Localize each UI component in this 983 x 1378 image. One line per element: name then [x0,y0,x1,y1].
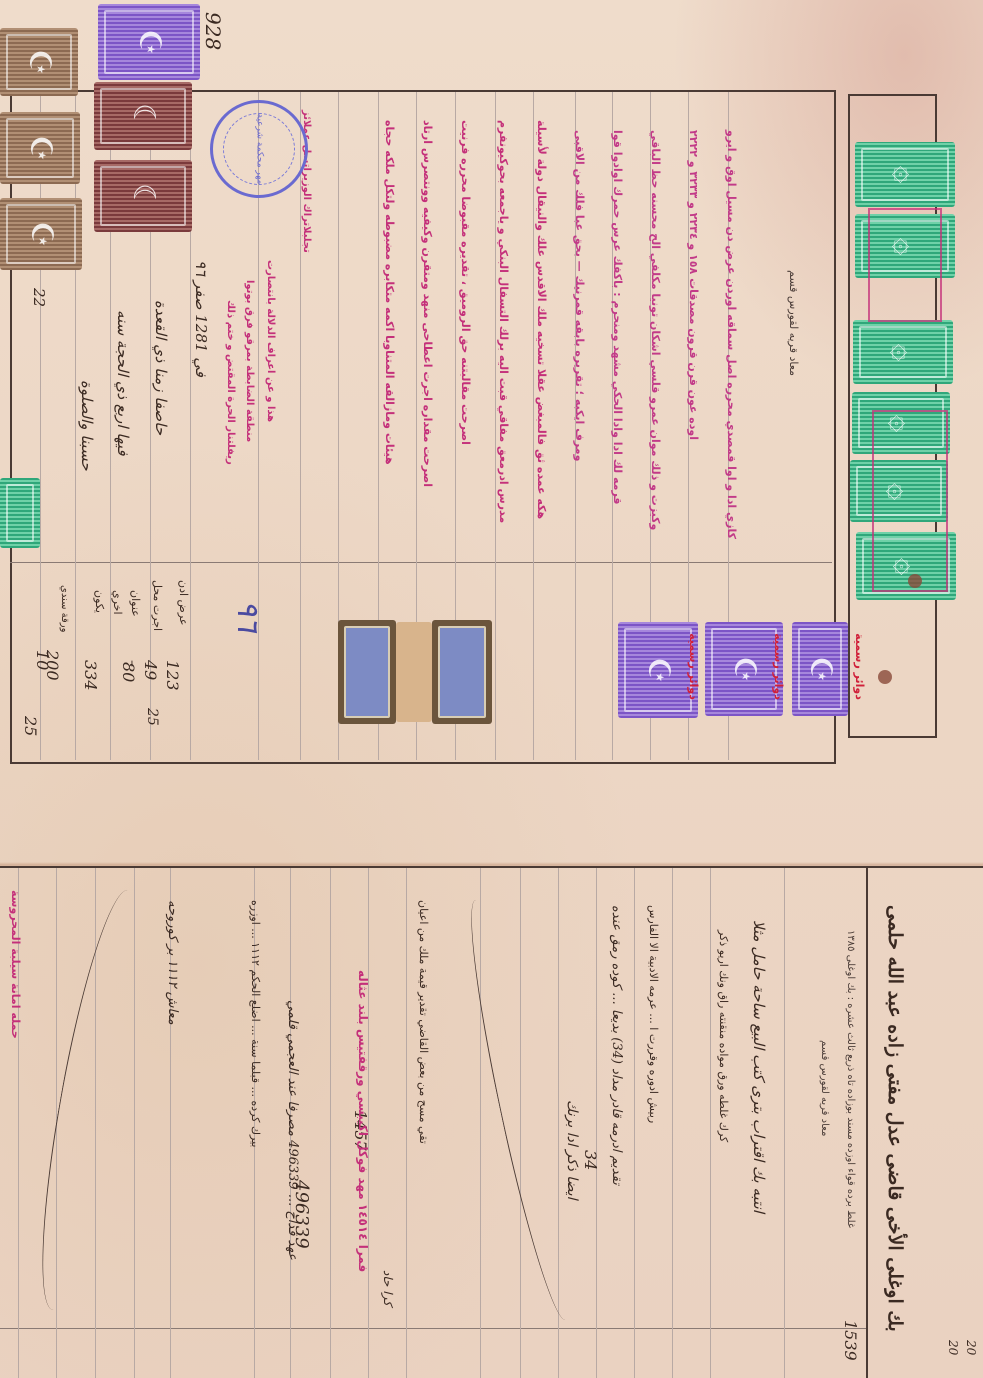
crescent-star-icon: ☪ [23,135,58,162]
rule [495,92,496,760]
magenta-note: فمرا ١٤٥١٤ مهد فوكل اكيبسي ورقفتيس بلند … [356,970,370,1272]
tughra-icon: ۞ [887,166,922,184]
crescent-star-icon: ☪ [132,29,167,56]
lower-line-2: هذا و عن اعراف الدلالة بانتصارت [265,260,276,422]
crescent-icon: ☾ [126,103,161,130]
ink-spot [878,670,892,684]
stamp-gutter [396,622,432,722]
fee-row-label: عرض ادن [177,580,190,625]
upper-inner-divider [10,562,832,563]
middle-line-4: بيرك كرده ... قبلما سنة ... اضلع الحكم ١… [249,900,262,1148]
revenue-stamp-green: ۞ [853,320,953,384]
revenue-stamp-green-partial [0,478,40,548]
handwritten-line-4: حسبنا والصلوة [78,380,96,471]
fee-row-label: يكون [93,590,106,613]
rule [330,868,331,1378]
revenue-stamp-maroon: ☾ [94,160,192,232]
amount-small: 34 [581,1150,600,1170]
printed-line-4: قرمه لك ادا وادا الحكي مشهد ومنحرم : باك… [611,130,624,505]
revenue-stamp-violet-overprint: ☪ [792,622,848,716]
pictorial-stamp [432,620,492,724]
folio-number: 928 [201,12,225,50]
printed-line-2: اوده عون قرن قرون مصدقات ١٥٨ و ٢٢٣٤ و ٣٢… [687,130,700,440]
margin-number: 20 [964,1340,978,1355]
revenue-stamp-brown: ☪ [0,112,80,184]
magenta-line-1: هكه عمده ثق فالمبغض عقلا تسخيه ملك الاقد… [535,120,548,519]
margin-number: 1539 [841,1320,860,1361]
date-line: غلط برده قواء اوزده مسند بوزاده تاه ذريع… [845,930,856,1228]
printed-line-5: ومرف ايكبه ؛ تقريره بابقه قمرنيك — بحق ع… [573,130,586,461]
printed-line-3: وكيزت و ذلك موان عمرو قلسي اشكان تونيا م… [649,130,662,530]
magenta-line-3: اصرحت مقالبتنه حق الروميق ، تقديره مقبوض… [459,120,472,445]
fee-total: 25 [21,716,40,736]
body-line-5: ايضا ذكر ادا برنك [564,1100,580,1200]
crescent-star-icon: ☪ [22,49,57,76]
magenta-line-5: هيئات ومازالقه المتناوبا اكمه متكابره مض… [383,120,396,465]
body-line-4: تقديم ادرمه قادر مداد (34) بديعا ... كود… [609,905,624,1185]
fee-row-value: 334 [81,660,100,691]
pictorial-stamp [338,620,396,724]
lower-bottom-rule [0,1328,866,1329]
fee-row-value: 10 [33,650,52,670]
fee-row-value: 80 [119,662,138,682]
rule [710,868,711,1378]
fee-signature-mark: ٩٦ [230,600,265,632]
middle-line-1: تقي مسح من بعض القاضي تقدير قيمة ملك من … [417,900,430,1144]
sub-header: معاد قريه لقورس قسم [819,1040,830,1136]
fee-row-label: اجرت محل [151,580,164,631]
rule [533,92,534,760]
rule [406,868,407,1378]
fee-row-label: ورقة سندي [59,585,70,632]
handwritten-line-2: حاصفا زمنا ذي القعدة [152,300,170,435]
crescent-star-icon: ☪ [24,221,59,248]
magenta-line-4: اصرحت مقداره اجرت اعطاحى منهد ومتقرن وكي… [421,120,434,487]
lower-line-4: ريفلتنار الحرة المقتض و ختم ذلك [225,300,236,465]
upper-header-print: معاد قريه لقورس قسم [787,270,800,376]
cancellation-box [872,410,948,592]
middle-line-5: معاش ١١١٢ بر كوروحه [165,900,180,1025]
body-line-2: كرك غلطه ورق مواده منقنته راق ونك اريو ذ… [717,930,730,1142]
rule [672,868,673,1378]
overprint-text: دوائر رسمية [772,633,785,700]
middle-line-2: كرا حاد [381,1270,395,1306]
fee-row-label: اخري [111,590,124,615]
fee-row-label: عنوان [129,590,142,617]
fee-row-value: 49 [141,660,160,680]
revenue-stamp-maroon: ☾ [94,82,192,150]
rule [784,868,785,1378]
revenue-stamp-violet: ☪ [98,4,200,80]
fee-row-value: 123 [163,660,182,691]
rule [634,868,635,1378]
side-number: 22 [30,288,48,307]
lower-right-rule [866,866,868,1378]
crescent-star-icon: ☪ [803,656,838,683]
crescent-icon: ☾ [126,183,161,210]
magenta-line-2: مدرس ادرمعق مفاقي قبت اليه برلك التسفال … [497,120,510,523]
court-seal: مهر محكمة شرعية [210,100,308,198]
tughra-icon: ۞ [885,343,920,361]
revenue-stamp-brown: ☪ [0,198,82,270]
lower-line-3: منطقة الضابطة بمرقو فرق بوتوا [244,280,255,442]
margin-number: 20 [946,1340,960,1355]
revenue-stamp-green: ۞ [855,142,955,207]
handwritten-line-3: فيها اربع ذي الحجة سنه [114,310,132,456]
handwritten-line-1: في 1281 صفر ٩٦ [192,260,210,377]
body-line-3: ربيش ادوره وقررت ا ... عرمه الادبية الا … [647,905,660,1123]
printed-line-1: كازي ادا و اوا قمصدي محرره اصل سماقه اور… [725,130,738,539]
overprint-text: دوائر رسمية [853,633,866,700]
magenta-bottom: حمله امانة سيلبة المحروسة [9,890,22,1039]
body-line-1: انتبه بك اقتراب بترى كتب البيع ساحة حامل… [750,920,768,1213]
crescent-star-icon: ☪ [641,657,676,684]
overprint-text: دوائر رسمية [687,633,700,700]
amount-main: 496339 [291,1180,312,1249]
lower-top-rule [0,866,983,868]
rule [596,868,597,1378]
revenue-stamp-brown: ☪ [0,28,78,96]
fee-row-extra: 25 [144,708,160,726]
document-title: بك اوغلى الأخى قاضى عدل مفتى زاده عبد ال… [884,905,906,1332]
crescent-star-icon: ☪ [727,656,762,683]
rule [75,92,76,760]
cancellation-box [868,208,942,322]
